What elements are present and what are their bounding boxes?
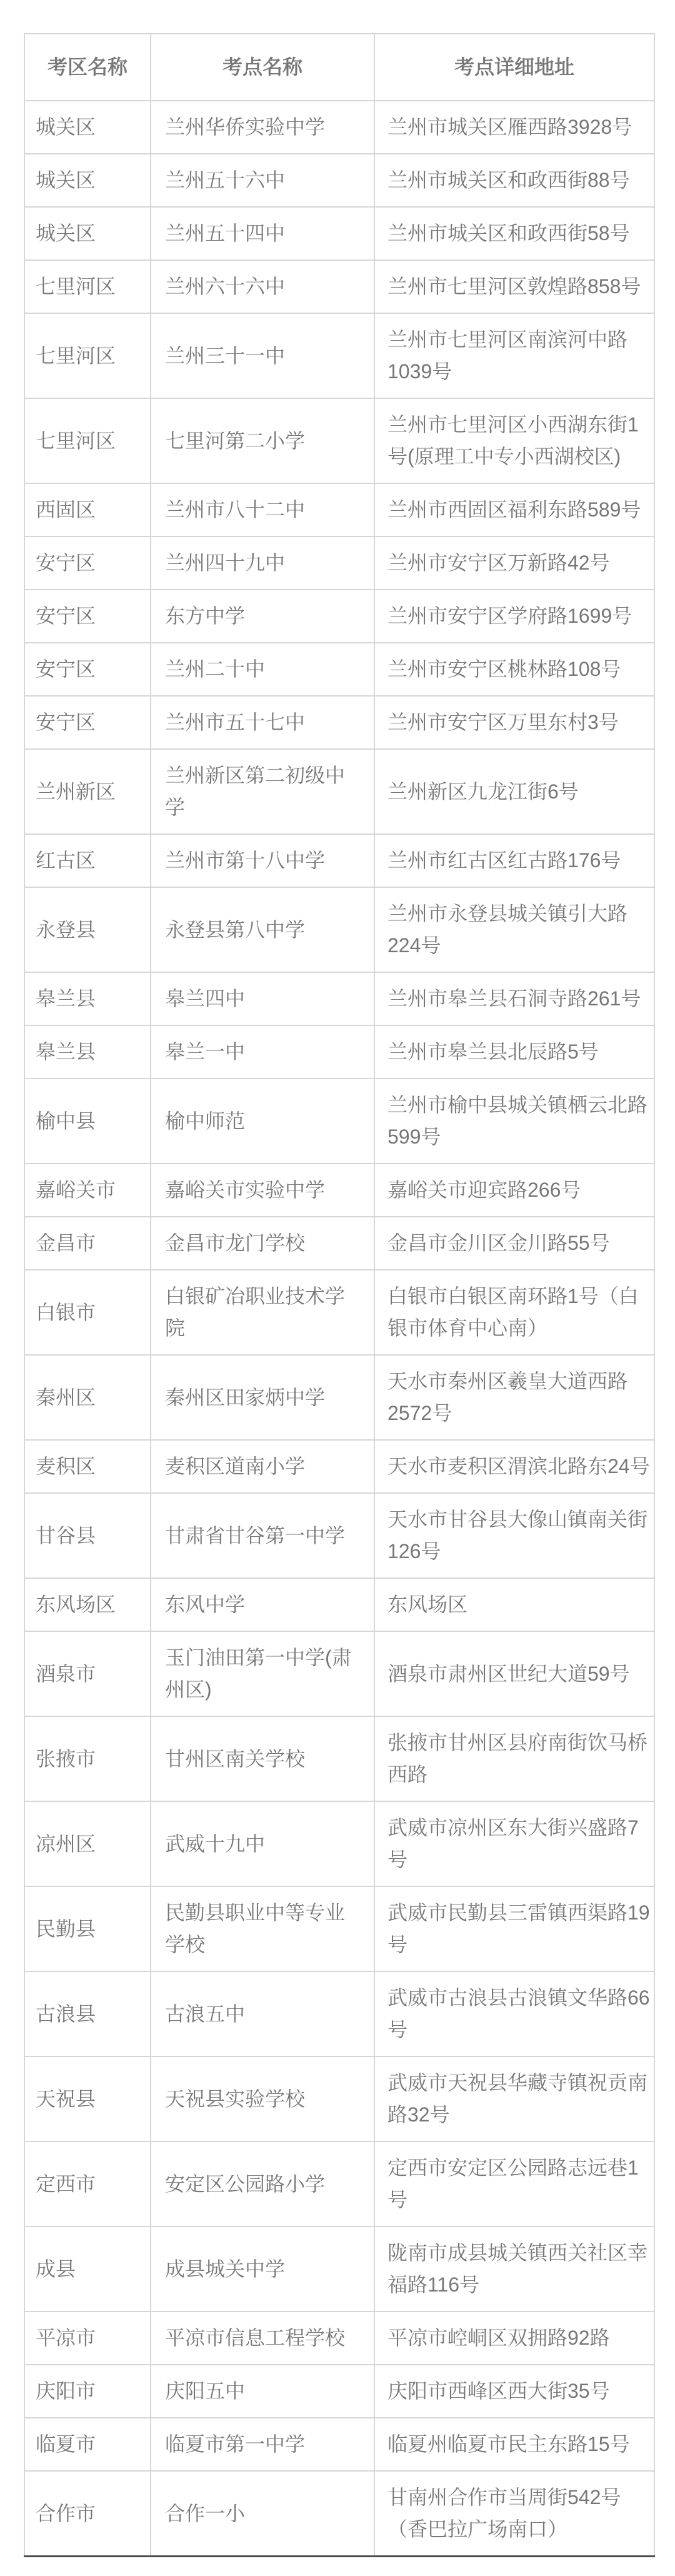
site-cell: 临夏市第一中学: [151, 2418, 374, 2471]
table-header-row: 考区名称 考点名称 考点详细地址: [24, 34, 654, 101]
district-cell: 民勤县: [24, 1886, 151, 1971]
table-row: 金昌市 金昌市龙门学校 金昌市金川区金川路55号: [24, 1217, 654, 1270]
address-cell: 兰州市永登县城关镇引大路224号: [374, 887, 654, 972]
district-cell: 皋兰县: [24, 1025, 151, 1079]
site-cell: 白银矿冶职业技术学院: [151, 1270, 374, 1355]
table-row: 白银市 白银矿冶职业技术学院 白银市白银区南环路1号（白银市体育中心南）: [24, 1270, 654, 1355]
address-cell: 白银市白银区南环路1号（白银市体育中心南）: [374, 1270, 654, 1355]
district-cell: 安宁区: [24, 643, 151, 696]
district-cell: 皋兰县: [24, 972, 151, 1025]
site-cell: 兰州市五十七中: [151, 696, 374, 749]
address-cell: 天水市甘谷县大像山镇南关街126号: [374, 1493, 654, 1578]
address-cell: 兰州市皋兰县石洞寺路261号: [374, 972, 654, 1025]
table-row: 安宁区 东方中学 兰州市安宁区学府路1699号: [24, 590, 654, 643]
table-row: 平凉市 平凉市信息工程学校 平凉市崆峒区双拥路92路: [24, 2312, 654, 2365]
address-cell: 武威市天祝县华藏寺镇祝贡南路32号: [374, 2056, 654, 2141]
site-cell: 兰州市第十八中学: [151, 834, 374, 887]
site-cell: 榆中师范: [151, 1079, 374, 1164]
address-cell: 兰州市城关区雁西路3928号: [374, 101, 654, 154]
address-cell: 天水市麦积区渭滨北路东24号: [374, 1440, 654, 1493]
table-row: 嘉峪关市 嘉峪关市实验中学 嘉峪关市迎宾路266号: [24, 1164, 654, 1217]
district-cell: 七里河区: [24, 260, 151, 313]
district-cell: 嘉峪关市: [24, 1164, 151, 1217]
site-cell: 兰州新区第二初级中学: [151, 749, 374, 834]
site-cell: 天祝县实验学校: [151, 2056, 374, 2141]
address-cell: 兰州市安宁区桃林路108号: [374, 643, 654, 696]
address-cell: 兰州市红古区红古路176号: [374, 834, 654, 887]
address-cell: 陇南市成县城关镇西关社区幸福路116号: [374, 2226, 654, 2312]
table-row: 永登县 永登县第八中学 兰州市永登县城关镇引大路224号: [24, 887, 654, 972]
district-cell: 古浪县: [24, 1971, 151, 2056]
table-row: 甘谷县 甘肃省甘谷第一中学 天水市甘谷县大像山镇南关街126号: [24, 1493, 654, 1578]
table-row: 七里河区 兰州六十六中 兰州市七里河区敦煌路858号: [24, 260, 654, 313]
page: 考区名称 考点名称 考点详细地址 城关区 兰州华侨实验中学 兰州市城关区雁西路3…: [0, 0, 675, 2576]
site-cell: 安定区公园路小学: [151, 2141, 374, 2226]
address-cell: 嘉峪关市迎宾路266号: [374, 1164, 654, 1217]
site-cell: 合作一小: [151, 2471, 374, 2557]
site-cell: 兰州三十一中: [151, 313, 374, 398]
table-row: 皋兰县 皋兰一中 兰州市皋兰县北辰路5号: [24, 1025, 654, 1079]
header-cell-address: 考点详细地址: [374, 34, 654, 101]
address-cell: 武威市民勤县三雷镇西渠路19号: [374, 1886, 654, 1971]
district-cell: 秦州区: [24, 1355, 151, 1440]
site-cell: 兰州四十九中: [151, 536, 374, 590]
district-cell: 安宁区: [24, 590, 151, 643]
address-cell: 武威市凉州区东大街兴盛路7号: [374, 1801, 654, 1886]
site-cell: 武威十九中: [151, 1801, 374, 1886]
district-cell: 红古区: [24, 834, 151, 887]
table-row: 成县 成县城关中学 陇南市成县城关镇西关社区幸福路116号: [24, 2226, 654, 2312]
district-cell: 合作市: [24, 2471, 151, 2557]
address-cell: 兰州市安宁区学府路1699号: [374, 590, 654, 643]
address-cell: 东风场区: [374, 1578, 654, 1631]
district-cell: 临夏市: [24, 2418, 151, 2471]
site-cell: 嘉峪关市实验中学: [151, 1164, 374, 1217]
address-cell: 庆阳市西峰区西大街35号: [374, 2365, 654, 2418]
table-row: 七里河区 七里河第二小学 兰州市七里河区小西湖东街1号(原理工中专小西湖校区): [24, 398, 654, 483]
table-row: 红古区 兰州市第十八中学 兰州市红古区红古路176号: [24, 834, 654, 887]
site-cell: 东风中学: [151, 1578, 374, 1631]
district-cell: 甘谷县: [24, 1493, 151, 1578]
site-cell: 兰州五十四中: [151, 207, 374, 260]
table-row: 皋兰县 皋兰四中 兰州市皋兰县石洞寺路261号: [24, 972, 654, 1025]
table-row: 麦积区 麦积区道南小学 天水市麦积区渭滨北路东24号: [24, 1440, 654, 1493]
district-cell: 城关区: [24, 101, 151, 154]
district-cell: 天祝县: [24, 2056, 151, 2141]
district-cell: 永登县: [24, 887, 151, 972]
district-cell: 兰州新区: [24, 749, 151, 834]
table-row: 民勤县 民勤县职业中等专业学校 武威市民勤县三雷镇西渠路19号: [24, 1886, 654, 1971]
table-row: 定西市 安定区公园路小学 定西市安定区公园路志远巷1号: [24, 2141, 654, 2226]
table-row: 天祝县 天祝县实验学校 武威市天祝县华藏寺镇祝贡南路32号: [24, 2056, 654, 2141]
table-row: 城关区 兰州五十六中 兰州市城关区和政西街88号: [24, 154, 654, 207]
site-cell: 兰州市八十二中: [151, 483, 374, 536]
address-cell: 兰州新区九龙江街6号: [374, 749, 654, 834]
table-row: 秦州区 秦州区田家炳中学 天水市秦州区羲皇大道西路2572号: [24, 1355, 654, 1440]
district-cell: 安宁区: [24, 536, 151, 590]
address-cell: 兰州市七里河区敦煌路858号: [374, 260, 654, 313]
district-cell: 西固区: [24, 483, 151, 536]
district-cell: 城关区: [24, 154, 151, 207]
site-cell: 永登县第八中学: [151, 887, 374, 972]
site-cell: 庆阳五中: [151, 2365, 374, 2418]
site-cell: 兰州二十中: [151, 643, 374, 696]
table-row: 安宁区 兰州市五十七中 兰州市安宁区万里东村3号: [24, 696, 654, 749]
table-row: 庆阳市 庆阳五中 庆阳市西峰区西大街35号: [24, 2365, 654, 2418]
table-body: 城关区 兰州华侨实验中学 兰州市城关区雁西路3928号 城关区 兰州五十六中 兰…: [24, 101, 654, 2557]
site-cell: 甘州区南关学校: [151, 1716, 374, 1801]
table-row: 榆中县 榆中师范 兰州市榆中县城关镇栖云北路599号: [24, 1079, 654, 1164]
address-cell: 定西市安定区公园路志远巷1号: [374, 2141, 654, 2226]
site-cell: 东方中学: [151, 590, 374, 643]
address-cell: 甘南州合作市当周街542号（香巴拉广场南口）: [374, 2471, 654, 2557]
table-row: 凉州区 武威十九中 武威市凉州区东大街兴盛路7号: [24, 1801, 654, 1886]
site-cell: 成县城关中学: [151, 2226, 374, 2312]
address-cell: 兰州市七里河区南滨河中路1039号: [374, 313, 654, 398]
site-cell: 麦积区道南小学: [151, 1440, 374, 1493]
district-cell: 七里河区: [24, 398, 151, 483]
district-cell: 金昌市: [24, 1217, 151, 1270]
table-row: 城关区 兰州华侨实验中学 兰州市城关区雁西路3928号: [24, 101, 654, 154]
table-row: 城关区 兰州五十四中 兰州市城关区和政西街58号: [24, 207, 654, 260]
table-row: 西固区 兰州市八十二中 兰州市西固区福利东路589号: [24, 483, 654, 536]
district-cell: 凉州区: [24, 1801, 151, 1886]
site-cell: 兰州华侨实验中学: [151, 101, 374, 154]
site-cell: 甘肃省甘谷第一中学: [151, 1493, 374, 1578]
site-cell: 七里河第二小学: [151, 398, 374, 483]
address-cell: 临夏州临夏市民主东路15号: [374, 2418, 654, 2471]
table-row: 兰州新区 兰州新区第二初级中学 兰州新区九龙江街6号: [24, 749, 654, 834]
table-row: 张掖市 甘州区南关学校 张掖市甘州区县府南街饮马桥西路: [24, 1716, 654, 1801]
site-cell: 古浪五中: [151, 1971, 374, 2056]
district-cell: 安宁区: [24, 696, 151, 749]
address-cell: 武威市古浪县古浪镇文华路66号: [374, 1971, 654, 2056]
exam-sites-table: 考区名称 考点名称 考点详细地址 城关区 兰州华侨实验中学 兰州市城关区雁西路3…: [24, 33, 655, 2557]
address-cell: 兰州市安宁区万新路42号: [374, 536, 654, 590]
site-cell: 民勤县职业中等专业学校: [151, 1886, 374, 1971]
header-cell-district: 考区名称: [24, 34, 151, 101]
address-cell: 兰州市榆中县城关镇栖云北路599号: [374, 1079, 654, 1164]
address-cell: 兰州市城关区和政西街58号: [374, 207, 654, 260]
district-cell: 城关区: [24, 207, 151, 260]
address-cell: 金昌市金川区金川路55号: [374, 1217, 654, 1270]
table-row: 安宁区 兰州四十九中 兰州市安宁区万新路42号: [24, 536, 654, 590]
address-cell: 兰州市七里河区小西湖东街1号(原理工中专小西湖校区): [374, 398, 654, 483]
table-row: 安宁区 兰州二十中 兰州市安宁区桃林路108号: [24, 643, 654, 696]
address-cell: 兰州市西固区福利东路589号: [374, 483, 654, 536]
site-cell: 秦州区田家炳中学: [151, 1355, 374, 1440]
site-cell: 皋兰四中: [151, 972, 374, 1025]
district-cell: 庆阳市: [24, 2365, 151, 2418]
district-cell: 榆中县: [24, 1079, 151, 1164]
table-row: 七里河区 兰州三十一中 兰州市七里河区南滨河中路1039号: [24, 313, 654, 398]
address-cell: 酒泉市肃州区世纪大道59号: [374, 1631, 654, 1716]
table-row: 临夏市 临夏市第一中学 临夏州临夏市民主东路15号: [24, 2418, 654, 2471]
table-row: 合作市 合作一小 甘南州合作市当周街542号（香巴拉广场南口）: [24, 2471, 654, 2557]
district-cell: 酒泉市: [24, 1631, 151, 1716]
address-cell: 兰州市皋兰县北辰路5号: [374, 1025, 654, 1079]
district-cell: 定西市: [24, 2141, 151, 2226]
header-cell-site: 考点名称: [151, 34, 374, 101]
address-cell: 平凉市崆峒区双拥路92路: [374, 2312, 654, 2365]
address-cell: 张掖市甘州区县府南街饮马桥西路: [374, 1716, 654, 1801]
district-cell: 张掖市: [24, 1716, 151, 1801]
district-cell: 平凉市: [24, 2312, 151, 2365]
district-cell: 成县: [24, 2226, 151, 2312]
site-cell: 皋兰一中: [151, 1025, 374, 1079]
district-cell: 七里河区: [24, 313, 151, 398]
site-cell: 兰州五十六中: [151, 154, 374, 207]
table-row: 古浪县 古浪五中 武威市古浪县古浪镇文华路66号: [24, 1971, 654, 2056]
site-cell: 金昌市龙门学校: [151, 1217, 374, 1270]
district-cell: 麦积区: [24, 1440, 151, 1493]
address-cell: 兰州市城关区和政西街88号: [374, 154, 654, 207]
address-cell: 天水市秦州区羲皇大道西路2572号: [374, 1355, 654, 1440]
table-row: 酒泉市 玉门油田第一中学(肃州区) 酒泉市肃州区世纪大道59号: [24, 1631, 654, 1716]
site-cell: 兰州六十六中: [151, 260, 374, 313]
address-cell: 兰州市安宁区万里东村3号: [374, 696, 654, 749]
site-cell: 平凉市信息工程学校: [151, 2312, 374, 2365]
district-cell: 白银市: [24, 1270, 151, 1355]
site-cell: 玉门油田第一中学(肃州区): [151, 1631, 374, 1716]
table-row: 东风场区 东风中学 东风场区: [24, 1578, 654, 1631]
district-cell: 东风场区: [24, 1578, 151, 1631]
